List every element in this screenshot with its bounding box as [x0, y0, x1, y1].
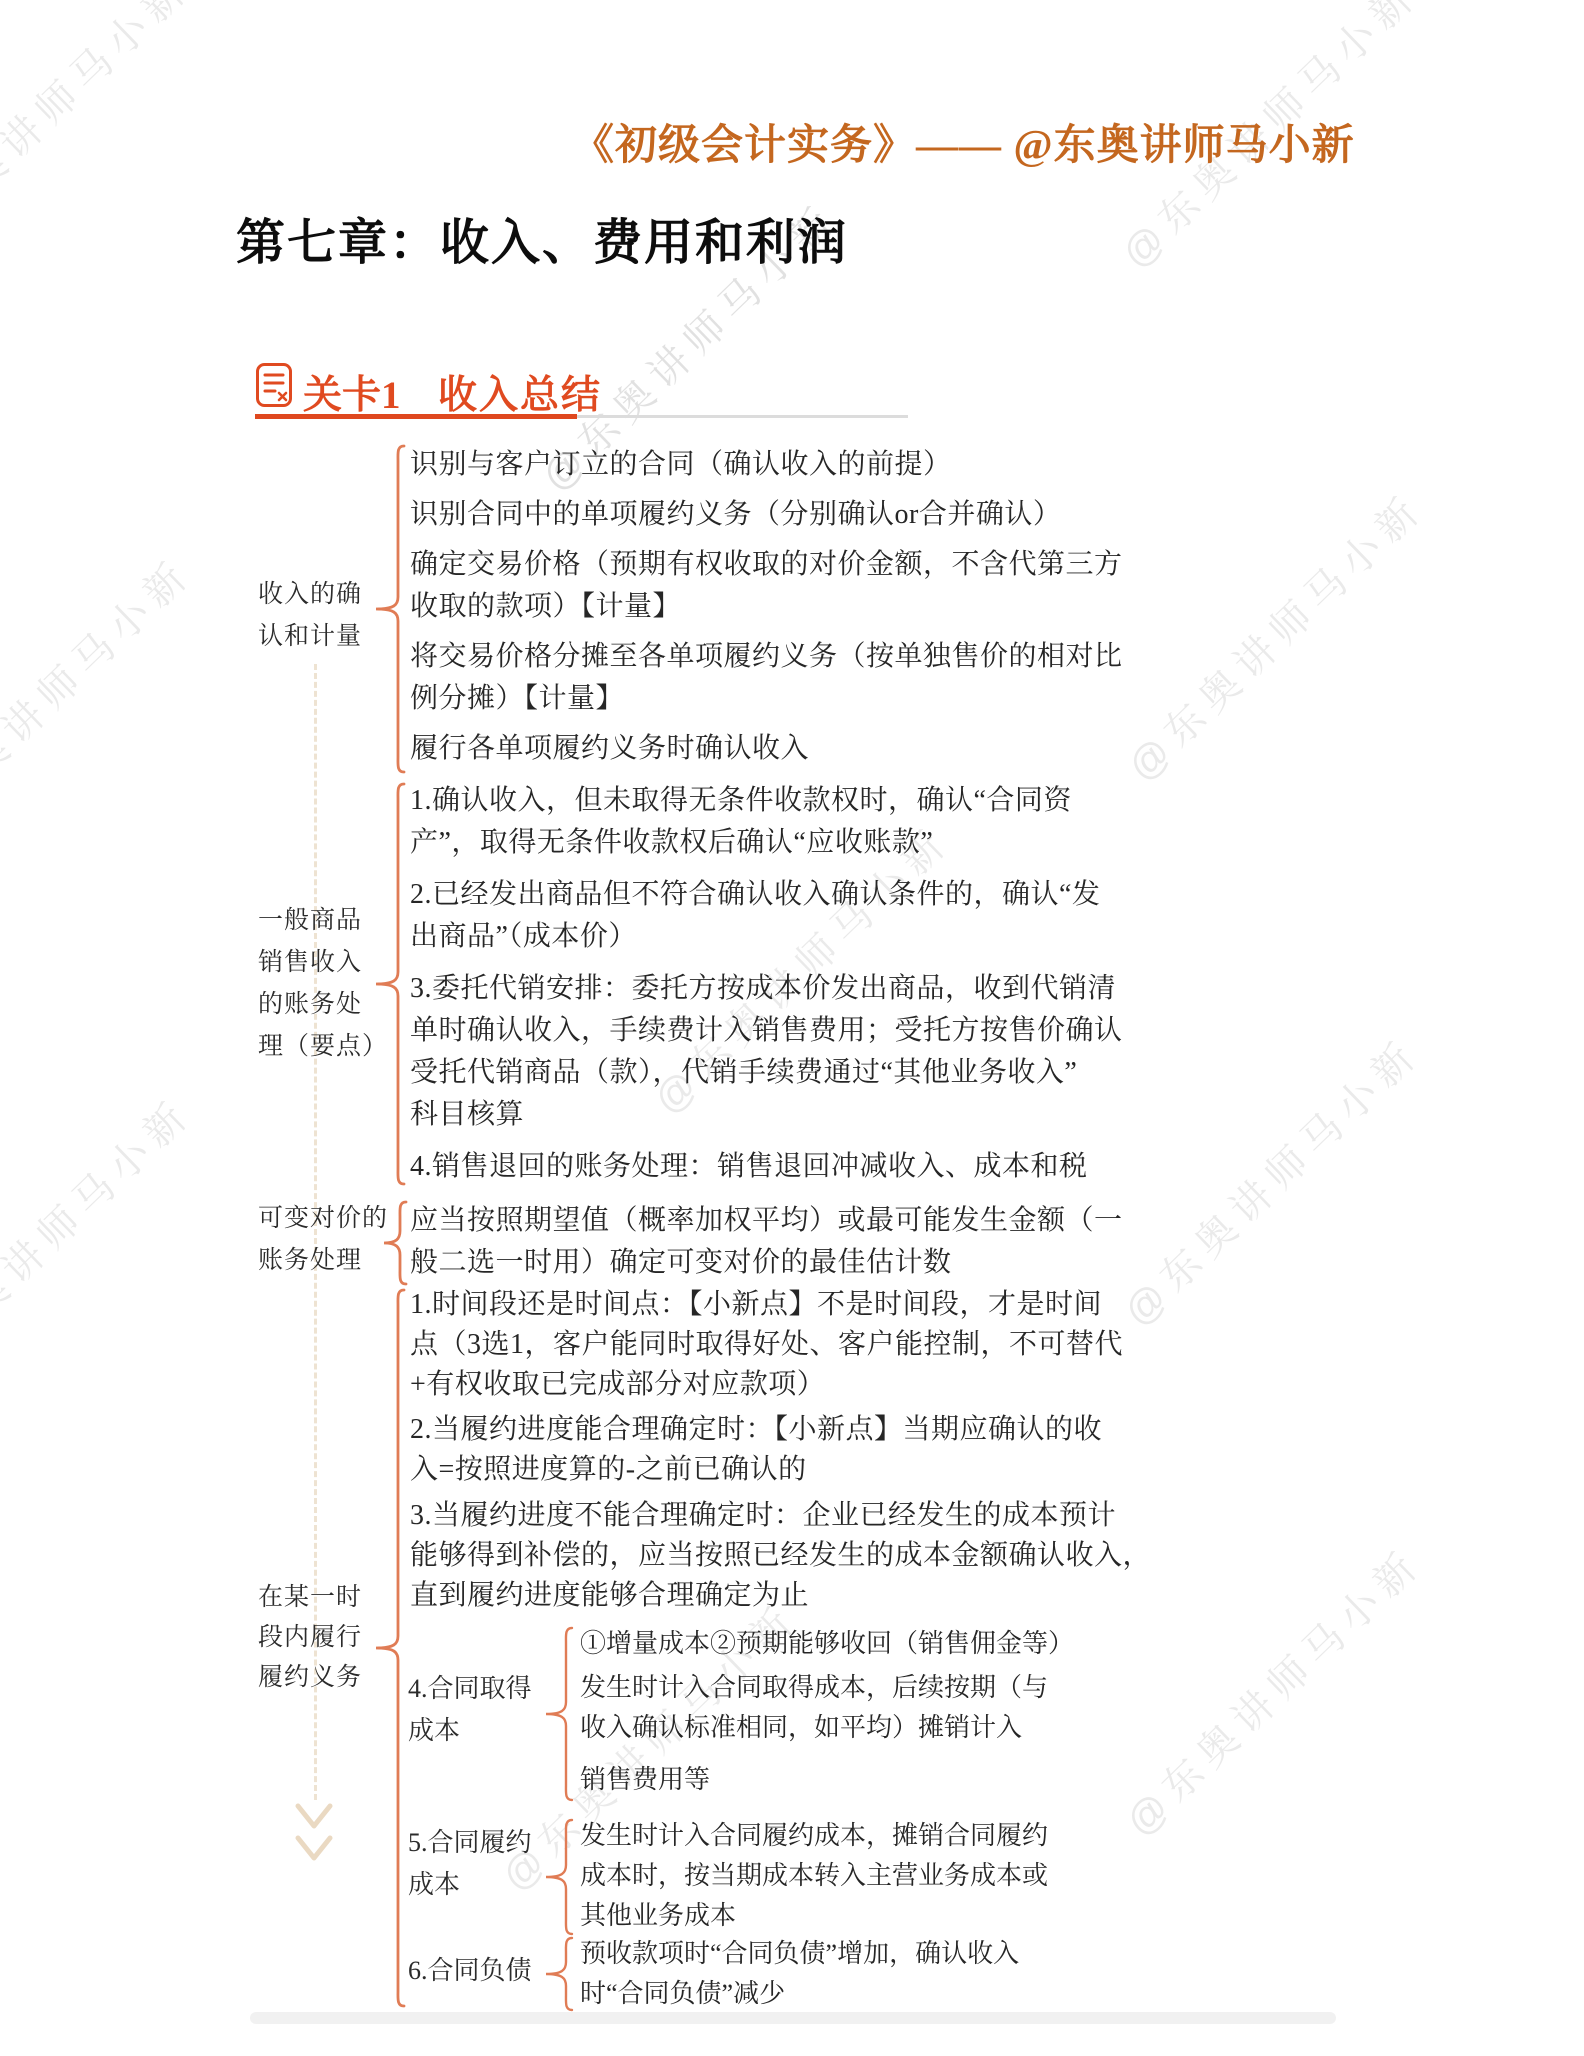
watermark-text: @东奥讲师马小新 [0, 0, 201, 272]
subbranch-brace [546, 1936, 574, 2012]
study-notes-page: @东奥讲师马小新@东奥讲师马小新@东奥讲师马小新@东奥讲师马小新@东奥讲师马小新… [0, 0, 1584, 2056]
branch-brace [374, 444, 406, 774]
branch2-item-1: 1.确认收入，但未取得无条件收款权时，确认“合同资产”，取得无条件收款权后确认“… [410, 780, 1072, 864]
watermark-text: @东奥讲师马小新 [1113, 478, 1435, 792]
branch1-item-1: 识别与客户订立的合同（确认收入的前提） [410, 444, 952, 486]
subbranch-label-contract-acquisition-cost: 4.合同取得成本 [408, 1668, 532, 1752]
document-icon [255, 362, 293, 413]
subbranch4-item-3: 销售费用等 [580, 1760, 710, 1800]
branch-label-revenue-recognition: 收入的确认和计量 [258, 574, 362, 658]
branch-label-variable-consideration: 可变对价的账务处理 [258, 1198, 388, 1282]
subbranch-brace [546, 1818, 574, 1936]
branch-label-goods-sales-accounting: 一般商品销售收入的账务处理（要点） [258, 900, 388, 1068]
continuation-arrows-icon [292, 1802, 336, 1873]
subbranch5-item-1: 发生时计入合同履约成本，摊销合同履约成本时，按当期成本转入主营业务成本或其他业务… [580, 1816, 1048, 1936]
branch1-item-4: 将交易价格分摊至各单项履约义务（按单独售价的相对比例分摊）【计量】 [410, 636, 1123, 720]
branch4-item-2: 2.当履约进度能合理确定时：【小新点】当期应确认的收入=按照进度算的-之前已确认… [410, 1410, 1102, 1490]
subbranch4-item-1: ①增量成本②预期能够收回（销售佣金等） [580, 1624, 1074, 1664]
branch-label-over-time-obligation: 在某一时段内履行履约义务 [258, 1578, 362, 1698]
branch3-item-1: 应当按照期望值（概率加权平均）或最可能发生金额（一般二选一时用）确定可变对价的最… [410, 1200, 1123, 1284]
branch2-item-2: 2.已经发出商品但不符合确认收入确认条件的，确认“发出商品”（成本价） [410, 874, 1100, 958]
branch2-item-4: 4.销售退回的账务处理：销售退回冲减收入、成本和税 [410, 1146, 1088, 1188]
subbranch-brace [546, 1626, 574, 1802]
subbranch6-item-1: 预收款项时“合同负债”增加，确认收入时“合同负债”减少 [580, 1934, 1019, 2014]
subbranch4-item-2: 发生时计入合同取得成本，后续按期（与收入确认标准相同，如平均）摊销计入 [580, 1668, 1048, 1748]
header-credit: 《初级会计实务》—— @东奥讲师马小新 [572, 112, 1355, 172]
section-title: 收入总结 [438, 364, 602, 420]
section-underline-rule [577, 415, 908, 418]
branch1-item-2: 识别合同中的单项履约义务（分别确认or合并确认） [410, 494, 1061, 536]
branch1-item-3: 确定交易价格（预期有权收取的对价金额，不含代第三方收取的款项）【计量】 [410, 544, 1123, 628]
watermark-text: @东奥讲师马小新 [1109, 1023, 1431, 1337]
branch4-item-1: 1.时间段还是时间点：【小新点】不是时间段，才是时间点（3选1，客户能同时取得好… [410, 1285, 1123, 1405]
branch4-item-3: 3.当履约进度不能合理确定时：企业已经发生的成本预计能够得到补偿的，应当按照已经… [410, 1496, 1151, 1616]
subbranch-label-contract-liability: 6.合同负债 [408, 1950, 532, 1992]
section-number: 关卡1 [303, 364, 401, 420]
branch1-item-5: 履行各单项履约义务时确认收入 [410, 728, 809, 770]
section-underline-accent [255, 414, 577, 419]
branch-brace [374, 1288, 406, 2008]
branch2-item-3: 3.委托代销安排：委托方按成本价发出商品，收到代销清单时确认收入，手续费计入销售… [410, 968, 1123, 1136]
subbranch-label-contract-fulfillment-cost: 5.合同履约成本 [408, 1822, 532, 1906]
chapter-title: 第七章：收入、费用和利润 [236, 204, 848, 274]
watermark-text: @东奥讲师马小新 [1111, 1533, 1433, 1847]
watermark-text: @东奥讲师马小新 [0, 1083, 203, 1397]
watermark-text: @东奥讲师马小新 [0, 543, 203, 857]
